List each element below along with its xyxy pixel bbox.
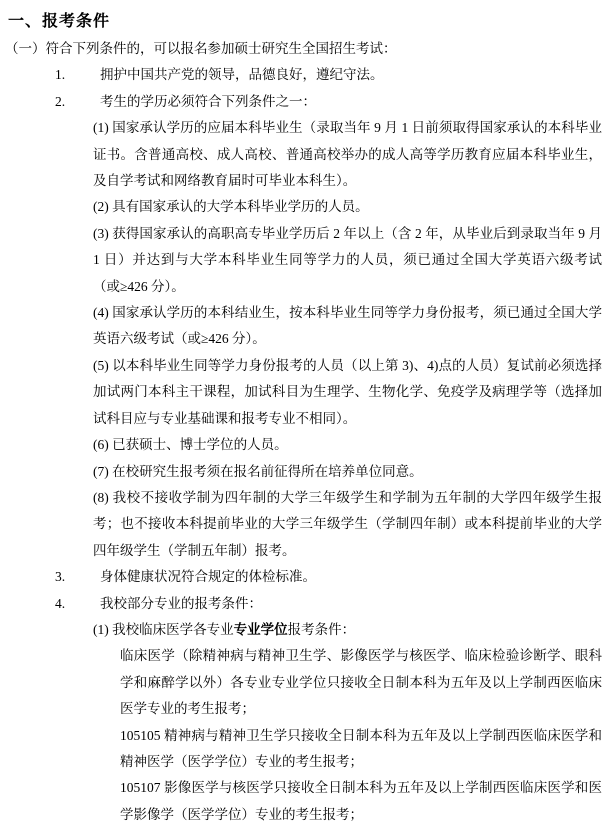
sub-item-4-1-prefix: (1) 我校临床医学各专业 — [93, 622, 234, 637]
sub-item-4-1: (1) 我校临床医学各专业专业学位报考条件： — [93, 617, 602, 643]
item-number: 2. — [55, 89, 100, 115]
bold-term-major-degree: 专业学位 — [234, 622, 288, 637]
sub-item-8: (8) 我校不接收学制为四年制的大学三年级学生和学制为五年制的大学四年级学生报考… — [93, 485, 602, 564]
document-page: 一、报考条件 （一）符合下列条件的，可以报名参加硕士研究生全国招生考试： 1. … — [0, 0, 615, 827]
sub-item-2: (2) 具有国家承认的大学本科毕业学历的人员。 — [93, 194, 602, 220]
item-text: 拥护中国共产党的领导，品德良好，遵纪守法。 — [100, 62, 601, 88]
sub-item-7: (7) 在校研究生报考须在报名前征得所在培养单位同意。 — [93, 459, 602, 485]
detail-paragraph-1: 临床医学（除精神病与精神卫生学、影像医学与核医学、临床检验诊断学、眼科学和麻醉学… — [120, 643, 602, 722]
item-number: 1. — [55, 62, 100, 88]
detail-paragraph-2: 105105 精神病与精神卫生学只接收全日制本科为五年及以上学制西医临床医学和精… — [120, 723, 602, 776]
section-intro: （一）符合下列条件的，可以报名参加硕士研究生全国招生考试： — [5, 36, 605, 62]
list-item-4: 4. 我校部分专业的报考条件： — [55, 591, 601, 617]
detail-paragraph-3: 105107 影像医学与核医学只接收全日制本科为五年及以上学制西医临床医学和医学… — [120, 775, 602, 827]
item-text: 考生的学历必须符合下列条件之一： — [100, 89, 601, 115]
sub-item-5: (5) 以本科毕业生同等学力身份报考的人员（以上第 3)、4)点的人员）复试前必… — [93, 353, 602, 432]
sub-item-4-1-suffix: 报考条件： — [288, 622, 356, 637]
sub-item-3: (3) 获得国家承认的高职高专毕业学历后 2 年以上（含 2 年，从毕业后到录取… — [93, 221, 602, 300]
item-number: 4. — [55, 591, 100, 617]
item-text: 身体健康状况符合规定的体检标准。 — [100, 564, 601, 590]
item-number: 3. — [55, 564, 100, 590]
sub-item-4: (4) 国家承认学历的本科结业生，按本科毕业生同等学力身份报考，须已通过全国大学… — [93, 300, 602, 353]
list-item-2: 2. 考生的学历必须符合下列条件之一： — [55, 89, 601, 115]
page-title: 一、报考条件 — [8, 7, 615, 36]
sub-item-1: (1) 国家承认学历的应届本科毕业生（录取当年 9 月 1 日前须取得国家承认的… — [93, 115, 602, 194]
list-item-1: 1. 拥护中国共产党的领导，品德良好，遵纪守法。 — [55, 62, 601, 88]
list-item-3: 3. 身体健康状况符合规定的体检标准。 — [55, 564, 601, 590]
sub-item-6: (6) 已获硕士、博士学位的人员。 — [93, 432, 602, 458]
item-text: 我校部分专业的报考条件： — [100, 591, 601, 617]
